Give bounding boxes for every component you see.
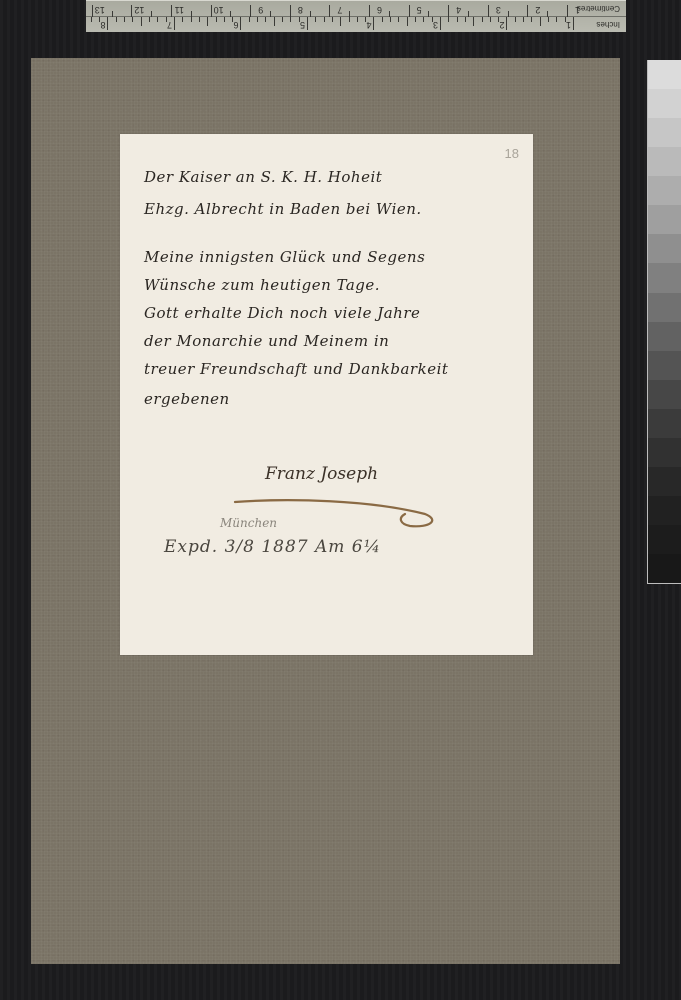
- grayscale-calibration-strip: [647, 60, 681, 584]
- inch-minor-tick: [531, 17, 532, 22]
- gray-patch: [648, 263, 681, 292]
- gray-patch: [648, 118, 681, 147]
- inch-minor-tick: [132, 17, 133, 22]
- inch-scale: Inches 12345678: [86, 16, 626, 32]
- inch-minor-tick: [232, 17, 233, 22]
- inch-minor-tick: [390, 17, 391, 22]
- inch-minor-tick: [99, 17, 100, 22]
- cm-label: 3: [496, 5, 501, 15]
- inch-label: 2: [499, 20, 504, 30]
- inch-label: 3: [433, 20, 438, 30]
- inch-label: 4: [366, 20, 371, 30]
- inch-tick: [174, 17, 175, 30]
- cm-label: 2: [535, 5, 540, 15]
- inch-label: 6: [233, 20, 238, 30]
- inch-tick: [573, 17, 574, 30]
- cm-tick: [409, 5, 410, 17]
- inch-minor-tick: [216, 17, 217, 22]
- inch-minor-tick: [432, 17, 433, 22]
- measurement-ruler: Inches 12345678 Centimetres 123456789101…: [86, 0, 626, 32]
- cm-label: 10: [214, 5, 224, 15]
- inch-minor-tick: [324, 17, 325, 22]
- inch-minor-tick: [523, 17, 524, 22]
- inch-minor-tick: [207, 17, 208, 26]
- inch-minor-tick: [290, 17, 291, 22]
- inch-minor-tick: [448, 17, 449, 22]
- cm-label: 12: [134, 5, 144, 15]
- gray-patch: [648, 60, 681, 89]
- gray-patch: [648, 205, 681, 234]
- inch-minor-tick: [565, 17, 566, 22]
- cm-tick: [488, 5, 489, 17]
- inch-tick: [440, 17, 441, 30]
- inch-minor-tick: [265, 17, 266, 22]
- cm-half-tick: [547, 11, 548, 17]
- inches-label: Inches: [596, 20, 620, 29]
- cm-tick: [567, 5, 568, 17]
- inch-minor-tick: [299, 17, 300, 22]
- cm-label: 1: [575, 5, 580, 15]
- inch-minor-tick: [199, 17, 200, 22]
- cm-half-tick: [230, 11, 231, 17]
- inch-minor-tick: [91, 17, 92, 22]
- inch-minor-tick: [257, 17, 258, 22]
- cm-label: 8: [298, 5, 303, 15]
- signature: Franz Joseph: [265, 464, 378, 484]
- inch-minor-tick: [349, 17, 350, 22]
- inch-minor-tick: [398, 17, 399, 22]
- letter-line-6: der Monarchie und Meinem in: [144, 332, 389, 350]
- inch-minor-tick: [548, 17, 549, 22]
- inch-minor-tick: [116, 17, 117, 22]
- inch-label: 5: [300, 20, 305, 30]
- cm-tick: [171, 5, 172, 17]
- inch-label: 7: [167, 20, 172, 30]
- inch-minor-tick: [224, 17, 225, 22]
- cm-label: 9: [258, 5, 263, 15]
- inch-label: 1: [566, 20, 571, 30]
- cm-tick: [131, 5, 132, 17]
- inch-minor-tick: [556, 17, 557, 22]
- inch-minor-tick: [382, 17, 383, 22]
- cm-label: 6: [377, 5, 382, 15]
- inch-minor-tick: [482, 17, 483, 22]
- cm-label: 5: [417, 5, 422, 15]
- handwritten-letter: 18 Der Kaiser an S. K. H. Hoheit Ehzg. A…: [120, 134, 533, 655]
- inch-minor-tick: [407, 17, 408, 26]
- inch-minor-tick: [415, 17, 416, 22]
- gray-patch: [648, 322, 681, 351]
- gray-patch: [648, 176, 681, 205]
- inch-minor-tick: [357, 17, 358, 22]
- inch-minor-tick: [340, 17, 341, 26]
- cm-tick: [369, 5, 370, 17]
- gray-patch: [648, 409, 681, 438]
- inch-tick: [507, 17, 508, 30]
- inch-minor-tick: [315, 17, 316, 22]
- letter-line-2: Ehzg. Albrecht in Baden bei Wien.: [144, 200, 422, 218]
- cm-tick: [250, 5, 251, 17]
- inch-minor-tick: [182, 17, 183, 22]
- dispatch-annotation: Expd. 3/8 1887 Am 6¼: [164, 537, 381, 557]
- inch-minor-tick: [249, 17, 250, 22]
- centimetre-scale: Centimetres 1234567891011121314151617181…: [86, 2, 626, 17]
- inch-minor-tick: [457, 17, 458, 22]
- inch-tick: [307, 17, 308, 30]
- inch-minor-tick: [465, 17, 466, 22]
- gray-patch: [648, 554, 681, 583]
- cm-half-tick: [151, 11, 152, 17]
- inch-minor-tick: [473, 17, 474, 26]
- cm-half-tick: [508, 11, 509, 17]
- cm-label: 13: [95, 5, 105, 15]
- inch-tick: [108, 17, 109, 30]
- centimetres-label: Centimetres: [577, 4, 620, 13]
- cm-half-tick: [428, 11, 429, 17]
- cm-half-tick: [112, 11, 113, 17]
- cm-tick: [527, 5, 528, 17]
- gray-patch: [648, 438, 681, 467]
- cm-half-tick: [191, 11, 192, 17]
- letter-line-7: treuer Freundschaft und Dankbarkeit: [144, 360, 448, 378]
- inch-label: 8: [100, 20, 105, 30]
- inch-tick: [241, 17, 242, 30]
- cm-label: 4: [456, 5, 461, 15]
- gray-patch: [648, 234, 681, 263]
- cm-label: 11: [175, 5, 184, 15]
- gray-patch: [648, 525, 681, 554]
- inch-minor-tick: [157, 17, 158, 22]
- inch-minor-tick: [332, 17, 333, 22]
- inch-minor-tick: [498, 17, 499, 22]
- cm-tick: [448, 5, 449, 17]
- inch-minor-tick: [124, 17, 125, 22]
- inch-minor-tick: [149, 17, 150, 22]
- letter-line-3: Meine innigsten Glück und Segens: [144, 248, 425, 266]
- inch-minor-tick: [166, 17, 167, 22]
- cm-tick: [211, 5, 212, 17]
- inch-minor-tick: [490, 17, 491, 22]
- gray-patch: [648, 380, 681, 409]
- cm-tick: [329, 5, 330, 17]
- inch-tick: [374, 17, 375, 30]
- gray-patch: [648, 147, 681, 176]
- inch-minor-tick: [141, 17, 142, 26]
- cm-half-tick: [349, 11, 350, 17]
- cm-half-tick: [389, 11, 390, 17]
- inch-minor-tick: [274, 17, 275, 26]
- cm-tick: [92, 5, 93, 17]
- inch-minor-tick: [191, 17, 192, 22]
- letter-line-1: Der Kaiser an S. K. H. Hoheit: [144, 168, 382, 186]
- gray-patch: [648, 89, 681, 118]
- cm-half-tick: [468, 11, 469, 17]
- cm-half-tick: [310, 11, 311, 17]
- inch-minor-tick: [282, 17, 283, 22]
- gray-patch: [648, 351, 681, 380]
- letter-line-8: ergebenen: [144, 390, 230, 408]
- inch-minor-tick: [540, 17, 541, 26]
- gray-patch: [648, 467, 681, 496]
- inch-minor-tick: [423, 17, 424, 22]
- place-annotation: München: [220, 516, 277, 530]
- gray-patch: [648, 293, 681, 322]
- cm-half-tick: [270, 11, 271, 17]
- letter-line-4: Wünsche zum heutigen Tage.: [144, 276, 380, 294]
- cm-tick: [290, 5, 291, 17]
- cm-label: 7: [337, 5, 342, 15]
- inch-minor-tick: [515, 17, 516, 22]
- gray-patch: [648, 496, 681, 525]
- folio-number: 18: [505, 146, 519, 161]
- inch-minor-tick: [365, 17, 366, 22]
- letter-line-5: Gott erhalte Dich noch viele Jahre: [144, 304, 420, 322]
